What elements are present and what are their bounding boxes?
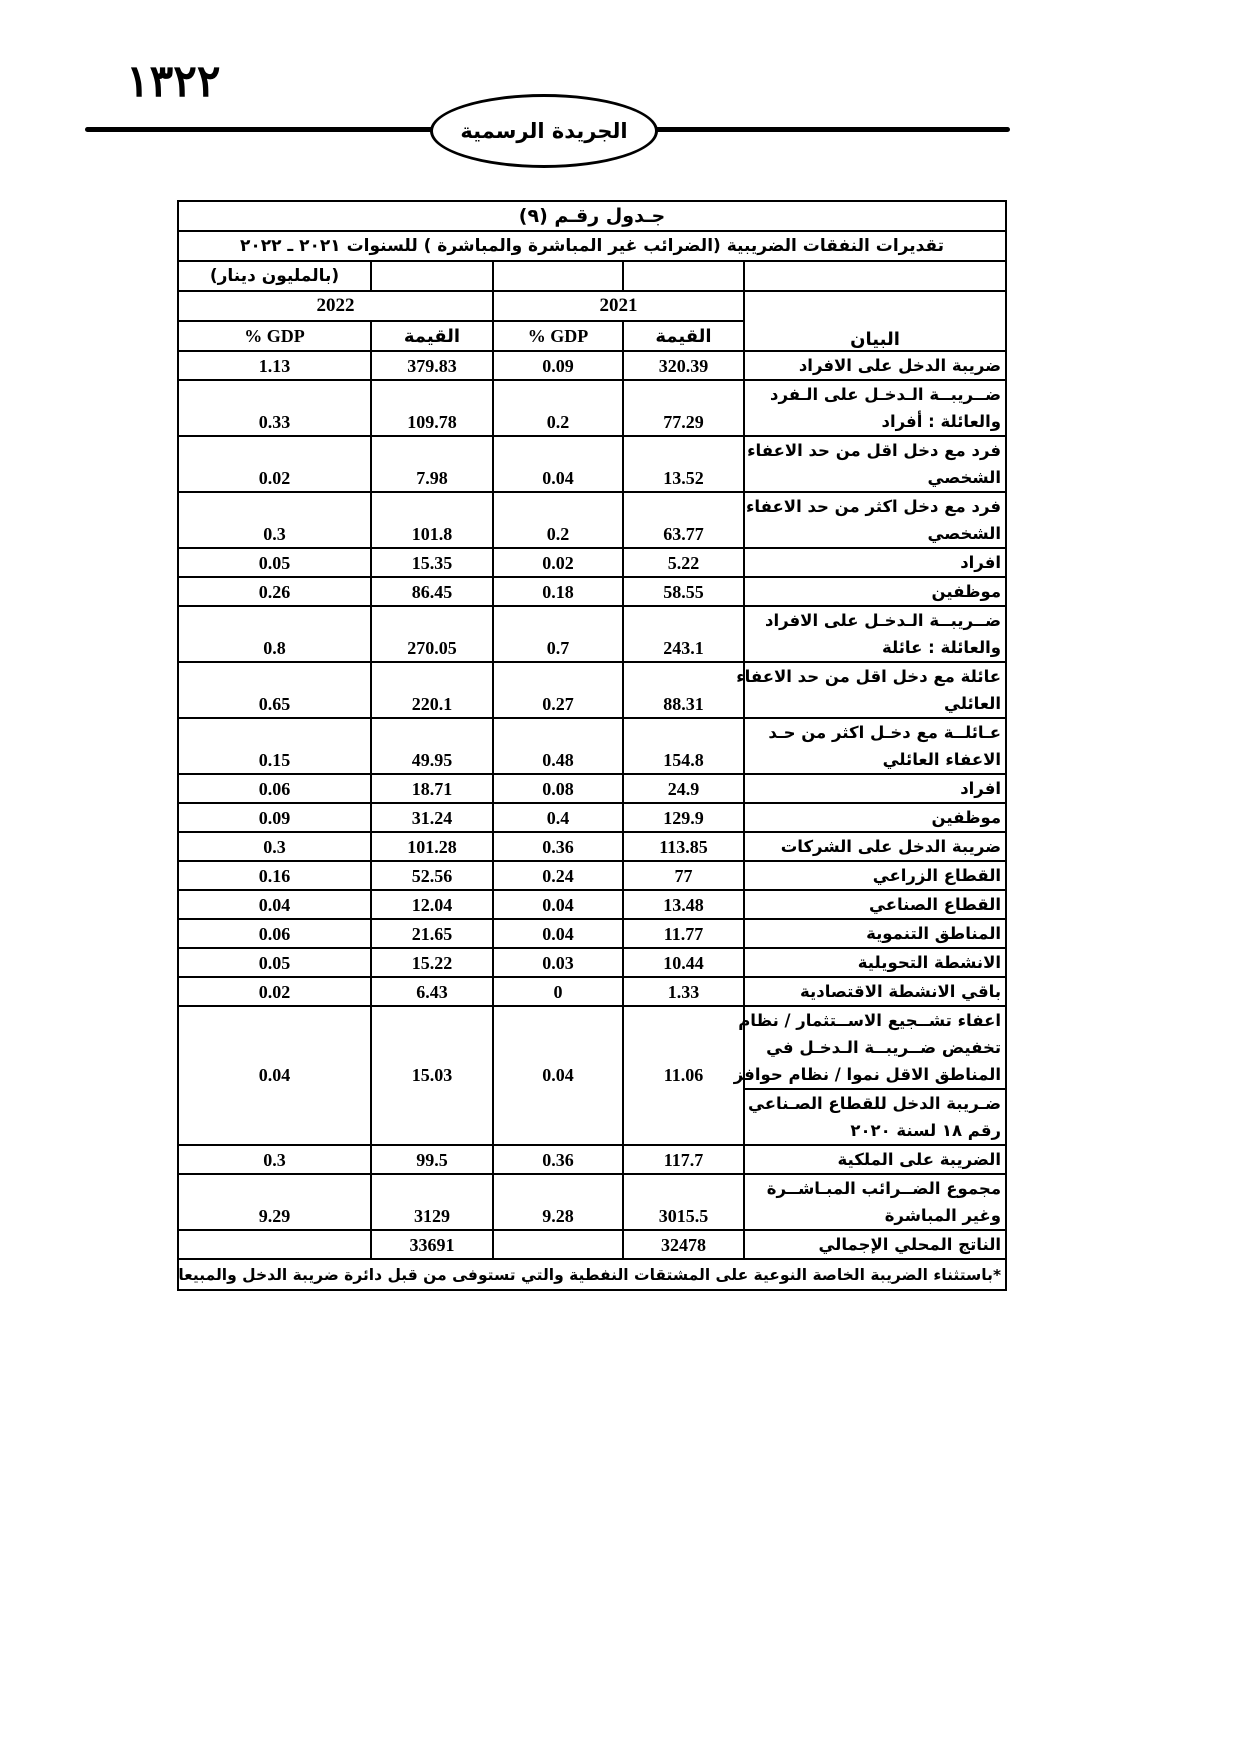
- description-line: الشخصي: [749, 464, 1001, 491]
- row-description: موظفين: [744, 803, 1006, 832]
- table-row: 0.1549.950.48154.8عـائلــة مع دخـل اكثر …: [178, 718, 1006, 774]
- cell-2022-value: 270.05: [371, 606, 493, 662]
- description-line: الاعفاء العائلي: [749, 746, 1001, 773]
- table-row: 0.33109.780.277.29ضــريبــة الـدخـل على …: [178, 380, 1006, 436]
- table-row: 0.1652.560.2477القطاع الزراعي: [178, 861, 1006, 890]
- cell-2021-gdp: 0.4: [493, 803, 623, 832]
- unit-label: (بالمليون دينار): [178, 261, 371, 291]
- description-line: وغير المباشرة: [749, 1202, 1001, 1229]
- cell-2021-value: 77: [623, 861, 744, 890]
- cell-2022-value: 21.65: [371, 919, 493, 948]
- cell-2021-value: 13.48: [623, 890, 744, 919]
- cell-2022-value: 15.03: [371, 1006, 493, 1145]
- row-description: ضـريبة الدخل للقطاع الصـناعيرقم ١٨ لسنة …: [744, 1089, 1006, 1145]
- cell-2021-value: 11.77: [623, 919, 744, 948]
- cell-2021-gdp: 0: [493, 977, 623, 1006]
- cell-2021-gdp: 0.7: [493, 606, 623, 662]
- table-subtitle-row: تقديرات النفقات الضريبية (الضرائب غير ال…: [178, 231, 1006, 261]
- cell-2022-value: 109.78: [371, 380, 493, 436]
- cell-2022-gdp: 0.3: [178, 492, 371, 548]
- row-description: القطاع الصناعي: [744, 890, 1006, 919]
- description-line: مجموع الضــرائب المبـاشــرة: [749, 1175, 1001, 1202]
- cell-2022-value: 31.24: [371, 803, 493, 832]
- row-description: ضريبة الدخل على الافراد: [744, 351, 1006, 380]
- cell-2022-value: 6.43: [371, 977, 493, 1006]
- description-line: عـائلــة مع دخـل اكثر من حـد: [749, 719, 1001, 746]
- cell-2022-value: 15.35: [371, 548, 493, 577]
- cell-2021-value: 24.9: [623, 774, 744, 803]
- table-row: 0.0415.030.0411.06اعفاء تشــجيع الاســتث…: [178, 1006, 1006, 1089]
- cell-2022-gdp: 0.16: [178, 861, 371, 890]
- table-row: 0.3101.280.36113.85ضريبة الدخل على الشرك…: [178, 832, 1006, 861]
- row-description: الانشطة التحويلية: [744, 948, 1006, 977]
- gdp-2022-header: % GDP: [178, 321, 371, 351]
- description-line: القطاع الزراعي: [749, 862, 1001, 889]
- cell-2021-gdp: 0.04: [493, 919, 623, 948]
- footnote-row: *باستثناء الضريبة الخاصة النوعية على الم…: [178, 1259, 1006, 1290]
- cell-2022-gdp: 1.13: [178, 351, 371, 380]
- row-description: ضــريبــة الـدخـل على الافرادوالعائلة : …: [744, 606, 1006, 662]
- cell-2022-value: 101.8: [371, 492, 493, 548]
- row-description: فرد مع دخل اكثر من حد الاعفاءالشخصي: [744, 492, 1006, 548]
- row-description: افراد: [744, 548, 1006, 577]
- table-row: 0.0621.650.0411.77المناطق التنموية: [178, 919, 1006, 948]
- description-line: ضــريبــة الـدخـل على الافراد: [749, 607, 1001, 634]
- cell-2022-gdp: 0.26: [178, 577, 371, 606]
- table-row: 3369132478الناتج المحلي الإجمالي: [178, 1230, 1006, 1259]
- cell-2021-value: 11.06: [623, 1006, 744, 1145]
- footnote: *باستثناء الضريبة الخاصة النوعية على الم…: [178, 1259, 1006, 1290]
- description-line: العائلي: [749, 690, 1001, 717]
- cell-2021-value: 63.77: [623, 492, 744, 548]
- cell-2022-value: 12.04: [371, 890, 493, 919]
- gazette-page: { "colors": { "text": "#000000", "backgr…: [0, 0, 1241, 1755]
- cell-2022-gdp: 0.33: [178, 380, 371, 436]
- gazette-banner-oval: الجريدة الرسمية: [430, 94, 658, 168]
- description-line: المناطق التنموية: [749, 920, 1001, 947]
- description-line: موظفين: [749, 804, 1001, 831]
- description-line: افراد: [749, 775, 1001, 802]
- row-description: مجموع الضــرائب المبـاشــرةوغير المباشرة: [744, 1174, 1006, 1230]
- description-line: ضـريبة الدخل للقطاع الصـناعي: [749, 1090, 1001, 1117]
- cell-2021-value: 77.29: [623, 380, 744, 436]
- description-line: فرد مع دخل اقل من حد الاعفاء: [749, 437, 1001, 464]
- cell-2021-value: 154.8: [623, 718, 744, 774]
- table-row: 0.0515.350.025.22افراد: [178, 548, 1006, 577]
- row-description: عائلة مع دخل اقل من حد الاعفاءالعائلي: [744, 662, 1006, 718]
- cell-2022-value: 99.5: [371, 1145, 493, 1174]
- cell-2022-gdp: 0.15: [178, 718, 371, 774]
- cell-2022-gdp: [178, 1230, 371, 1259]
- cell-2021-gdp: 0.36: [493, 1145, 623, 1174]
- page-number: ١٣٢٢: [126, 56, 221, 107]
- description-line: فرد مع دخل اكثر من حد الاعفاء: [749, 493, 1001, 520]
- row-description: ضريبة الدخل على الشركات: [744, 832, 1006, 861]
- row-description: المناطق التنموية: [744, 919, 1006, 948]
- cell-2022-gdp: 0.02: [178, 977, 371, 1006]
- cell-2022-gdp: 9.29: [178, 1174, 371, 1230]
- cell-2021-gdp: 0.04: [493, 1006, 623, 1145]
- row-description: عـائلــة مع دخـل اكثر من حـدالاعفاء العا…: [744, 718, 1006, 774]
- cell-2022-gdp: 0.65: [178, 662, 371, 718]
- cell-2021-gdp: 0.04: [493, 890, 623, 919]
- value-2022-header: القيمة: [371, 321, 493, 351]
- cell-2021-value: 243.1: [623, 606, 744, 662]
- table-row: 0.0515.220.0310.44الانشطة التحويلية: [178, 948, 1006, 977]
- year-2021-header: 2021: [493, 291, 744, 321]
- empty-cell: [371, 261, 493, 291]
- table-row: 0.0931.240.4129.9موظفين: [178, 803, 1006, 832]
- cell-2021-gdp: [493, 1230, 623, 1259]
- cell-2021-value: 1.33: [623, 977, 744, 1006]
- description-line: باقي الانشطة الاقتصادية: [749, 978, 1001, 1005]
- cell-2022-value: 18.71: [371, 774, 493, 803]
- cell-2022-value: 379.83: [371, 351, 493, 380]
- cell-2022-gdp: 0.04: [178, 1006, 371, 1145]
- cell-2021-gdp: 0.04: [493, 436, 623, 492]
- row-description: موظفين: [744, 577, 1006, 606]
- cell-2021-gdp: 0.18: [493, 577, 623, 606]
- cell-2021-value: 5.22: [623, 548, 744, 577]
- cell-2022-gdp: 0.8: [178, 606, 371, 662]
- cell-2022-value: 52.56: [371, 861, 493, 890]
- row-description: فرد مع دخل اقل من حد الاعفاءالشخصي: [744, 436, 1006, 492]
- cell-2021-value: 10.44: [623, 948, 744, 977]
- cell-2021-value: 13.52: [623, 436, 744, 492]
- table-row: 0.027.980.0413.52فرد مع دخل اقل من حد ال…: [178, 436, 1006, 492]
- table-row: 1.13379.830.09320.39ضريبة الدخل على الاف…: [178, 351, 1006, 380]
- table-row: 0.399.50.36117.7الضريبة على الملكية: [178, 1145, 1006, 1174]
- cell-2021-gdp: 0.48: [493, 718, 623, 774]
- empty-cell: [744, 261, 1006, 291]
- cell-2022-value: 220.1: [371, 662, 493, 718]
- cell-2022-gdp: 0.04: [178, 890, 371, 919]
- table-row: 0.2686.450.1858.55موظفين: [178, 577, 1006, 606]
- description-line: تخفيض ضــريبــة الـدخـل في: [749, 1034, 1001, 1061]
- cell-2022-gdp: 0.3: [178, 1145, 371, 1174]
- cell-2021-value: 88.31: [623, 662, 744, 718]
- row-description: باقي الانشطة الاقتصادية: [744, 977, 1006, 1006]
- cell-2022-gdp: 0.02: [178, 436, 371, 492]
- cell-2022-gdp: 0.06: [178, 774, 371, 803]
- description-line: اعفاء تشــجيع الاســتثمار / نظام: [749, 1007, 1001, 1034]
- cell-2021-gdp: 9.28: [493, 1174, 623, 1230]
- table-row: 0.65220.10.2788.31عائلة مع دخل اقل من حد…: [178, 662, 1006, 718]
- table-title: جـدول رقـم (٩): [178, 201, 1006, 231]
- description-line: الشخصي: [749, 520, 1001, 547]
- cell-2021-gdp: 0.02: [493, 548, 623, 577]
- cell-2022-value: 33691: [371, 1230, 493, 1259]
- cell-2021-value: 117.7: [623, 1145, 744, 1174]
- cell-2022-value: 7.98: [371, 436, 493, 492]
- gazette-banner-title: الجريدة الرسمية: [460, 119, 627, 143]
- cell-2021-gdp: 0.09: [493, 351, 623, 380]
- cell-2022-value: 3129: [371, 1174, 493, 1230]
- cell-2022-value: 49.95: [371, 718, 493, 774]
- cell-2021-gdp: 0.24: [493, 861, 623, 890]
- description-line: ضريبة الدخل على الشركات: [749, 833, 1001, 860]
- description-line: ضريبة الدخل على الافراد: [749, 352, 1001, 379]
- row-description: القطاع الزراعي: [744, 861, 1006, 890]
- description-column-header: البيان: [744, 291, 1006, 351]
- empty-cell: [493, 261, 623, 291]
- cell-2022-value: 101.28: [371, 832, 493, 861]
- cell-2021-gdp: 0.36: [493, 832, 623, 861]
- table-title-row: جـدول رقـم (٩): [178, 201, 1006, 231]
- cell-2021-value: 58.55: [623, 577, 744, 606]
- description-line: المناطق الاقل نموا / نظام حوافز: [749, 1061, 1001, 1088]
- cell-2021-gdp: 0.27: [493, 662, 623, 718]
- description-line: الانشطة التحويلية: [749, 949, 1001, 976]
- description-line: عائلة مع دخل اقل من حد الاعفاء: [749, 663, 1001, 690]
- table-row: 0.026.4301.33باقي الانشطة الاقتصادية: [178, 977, 1006, 1006]
- table-row: 0.0618.710.0824.9افراد: [178, 774, 1006, 803]
- cell-2021-gdp: 0.08: [493, 774, 623, 803]
- cell-2021-gdp: 0.2: [493, 380, 623, 436]
- value-2021-header: القيمة: [623, 321, 744, 351]
- row-description: اعفاء تشــجيع الاســتثمار / نظامتخفيض ضـ…: [744, 1006, 1006, 1089]
- cell-2021-value: 32478: [623, 1230, 744, 1259]
- table-row: 0.0412.040.0413.48القطاع الصناعي: [178, 890, 1006, 919]
- row-description: افراد: [744, 774, 1006, 803]
- table-row: 0.8270.050.7243.1ضــريبــة الـدخـل على ا…: [178, 606, 1006, 662]
- cell-2022-value: 15.22: [371, 948, 493, 977]
- description-line: الناتج المحلي الإجمالي: [749, 1231, 1001, 1258]
- cell-2021-gdp: 0.2: [493, 492, 623, 548]
- cell-2022-gdp: 0.3: [178, 832, 371, 861]
- description-line: والعائلة : عائلة: [749, 634, 1001, 661]
- year-2022-header: 2022: [178, 291, 493, 321]
- description-line: ضــريبــة الـدخـل على الـفرد: [749, 381, 1001, 408]
- tax-expenditure-table: جـدول رقـم (٩) تقديرات النفقات الضريبية …: [177, 200, 1007, 1291]
- description-line: الضريبة على الملكية: [749, 1146, 1001, 1173]
- cell-2022-value: 86.45: [371, 577, 493, 606]
- table-row: 9.2931299.283015.5مجموع الضــرائب المبـا…: [178, 1174, 1006, 1230]
- cell-2021-value: 3015.5: [623, 1174, 744, 1230]
- table-subtitle: تقديرات النفقات الضريبية (الضرائب غير ال…: [178, 231, 1006, 261]
- cell-2021-value: 129.9: [623, 803, 744, 832]
- year-header-row: 2022 2021 البيان: [178, 291, 1006, 321]
- cell-2021-gdp: 0.03: [493, 948, 623, 977]
- description-line: والعائلة : أفراد: [749, 408, 1001, 435]
- row-description: الضريبة على الملكية: [744, 1145, 1006, 1174]
- description-line: رقم ١٨ لسنة ٢٠٢٠: [749, 1117, 1001, 1144]
- cell-2022-gdp: 0.09: [178, 803, 371, 832]
- cell-2021-value: 320.39: [623, 351, 744, 380]
- row-description: ضــريبــة الـدخـل على الـفردوالعائلة : أ…: [744, 380, 1006, 436]
- description-line: موظفين: [749, 578, 1001, 605]
- cell-2022-gdp: 0.05: [178, 548, 371, 577]
- cell-2022-gdp: 0.05: [178, 948, 371, 977]
- empty-cell: [623, 261, 744, 291]
- description-line: القطاع الصناعي: [749, 891, 1001, 918]
- table-row: 0.3101.80.263.77فرد مع دخل اكثر من حد ال…: [178, 492, 1006, 548]
- row-description: الناتج المحلي الإجمالي: [744, 1230, 1006, 1259]
- description-line: افراد: [749, 549, 1001, 576]
- gdp-2021-header: % GDP: [493, 321, 623, 351]
- unit-row: (بالمليون دينار): [178, 261, 1006, 291]
- cell-2022-gdp: 0.06: [178, 919, 371, 948]
- table-body: 1.13379.830.09320.39ضريبة الدخل على الاف…: [178, 351, 1006, 1259]
- cell-2021-value: 113.85: [623, 832, 744, 861]
